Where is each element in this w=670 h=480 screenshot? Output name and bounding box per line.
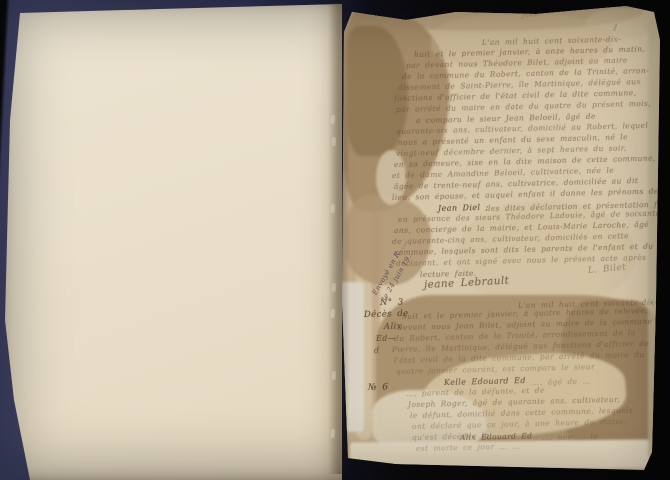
margin-act-number: N° 3 [380,298,404,308]
left-page-blank [0,0,342,480]
margin-name: d [374,347,380,356]
stitch-mark [332,371,337,380]
stitch-mark [331,429,336,438]
book-scan: Envoyé en R…… le 24 juin 19.. Jean1L'an … [0,0,670,480]
stitch-mark [332,283,337,292]
stain-top-right-soft [586,8,656,38]
stitch-mark [332,137,337,146]
margin-folio-number: № 6 [368,384,389,394]
stitch-mark [331,115,336,124]
right-page-manuscript: Envoyé en R…… le 24 juin 19.. Jean1L'an … [336,0,666,478]
manuscript-line-act2: Alix Edouard Ed [460,432,533,442]
stitch-mark [331,204,336,213]
manuscript-line-act2: …, née … le [542,433,598,443]
stitch-mark [331,309,336,318]
